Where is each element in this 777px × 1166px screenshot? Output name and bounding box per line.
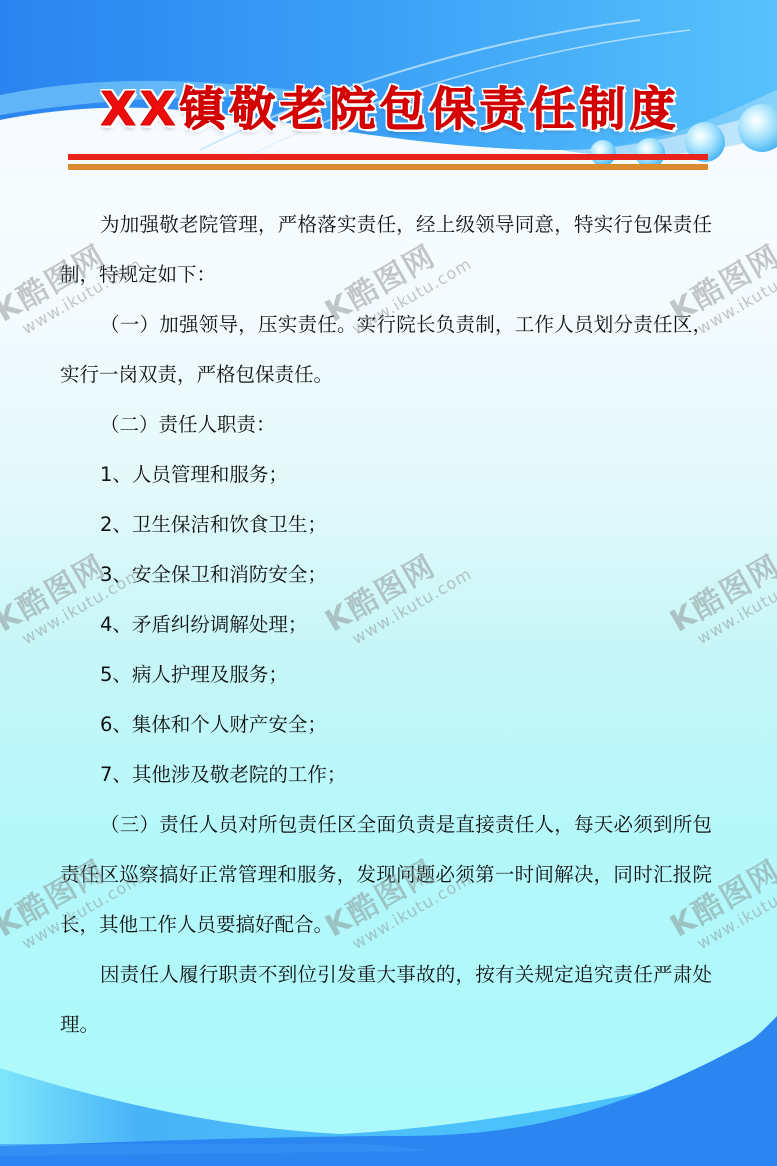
list-item: 7、其他涉及敬老院的工作； [60,750,712,800]
title-underline-red [68,154,708,160]
title-underline-orange [68,164,708,170]
list-item: 2、卫生保洁和饮食卫生； [60,500,712,550]
document-body: 为加强敬老院管理，严格落实责任，经上级领导同意，特实行包保责任制，特规定如下： … [60,200,712,1050]
section-1-paragraph: （一）加强领导，压实责任。实行院长负责制，工作人员划分责任区，实行一岗双责，严格… [60,300,712,400]
list-item: 5、病人护理及服务； [60,650,712,700]
poster: XX镇敬老院包保责任制度 为加强敬老院管理，严格落实责任，经上级领导同意，特实行… [0,0,777,1166]
page-title: XX镇敬老院包保责任制度 [50,72,730,146]
list-item: 1、人员管理和服务； [60,450,712,500]
section-3-paragraph: （三）责任人员对所包责任区全面负责是直接责任人，每天必须到所包责任区巡察搞好正常… [60,800,712,950]
list-item: 3、安全保卫和消防安全； [60,550,712,600]
intro-paragraph: 为加强敬老院管理，严格落实责任，经上级领导同意，特实行包保责任制，特规定如下： [60,200,712,300]
section-2-heading: （二）责任人职责： [60,400,712,450]
list-item: 6、集体和个人财产安全； [60,700,712,750]
closing-paragraph: 因责任人履行职责不到位引发重大事故的，按有关规定追究责任严肃处理。 [60,950,712,1050]
list-item: 4、矛盾纠纷调解处理； [60,600,712,650]
title-banner: XX镇敬老院包保责任制度 [40,72,740,162]
duties-list: 1、人员管理和服务； 2、卫生保洁和饮食卫生； 3、安全保卫和消防安全； 4、矛… [60,450,712,800]
